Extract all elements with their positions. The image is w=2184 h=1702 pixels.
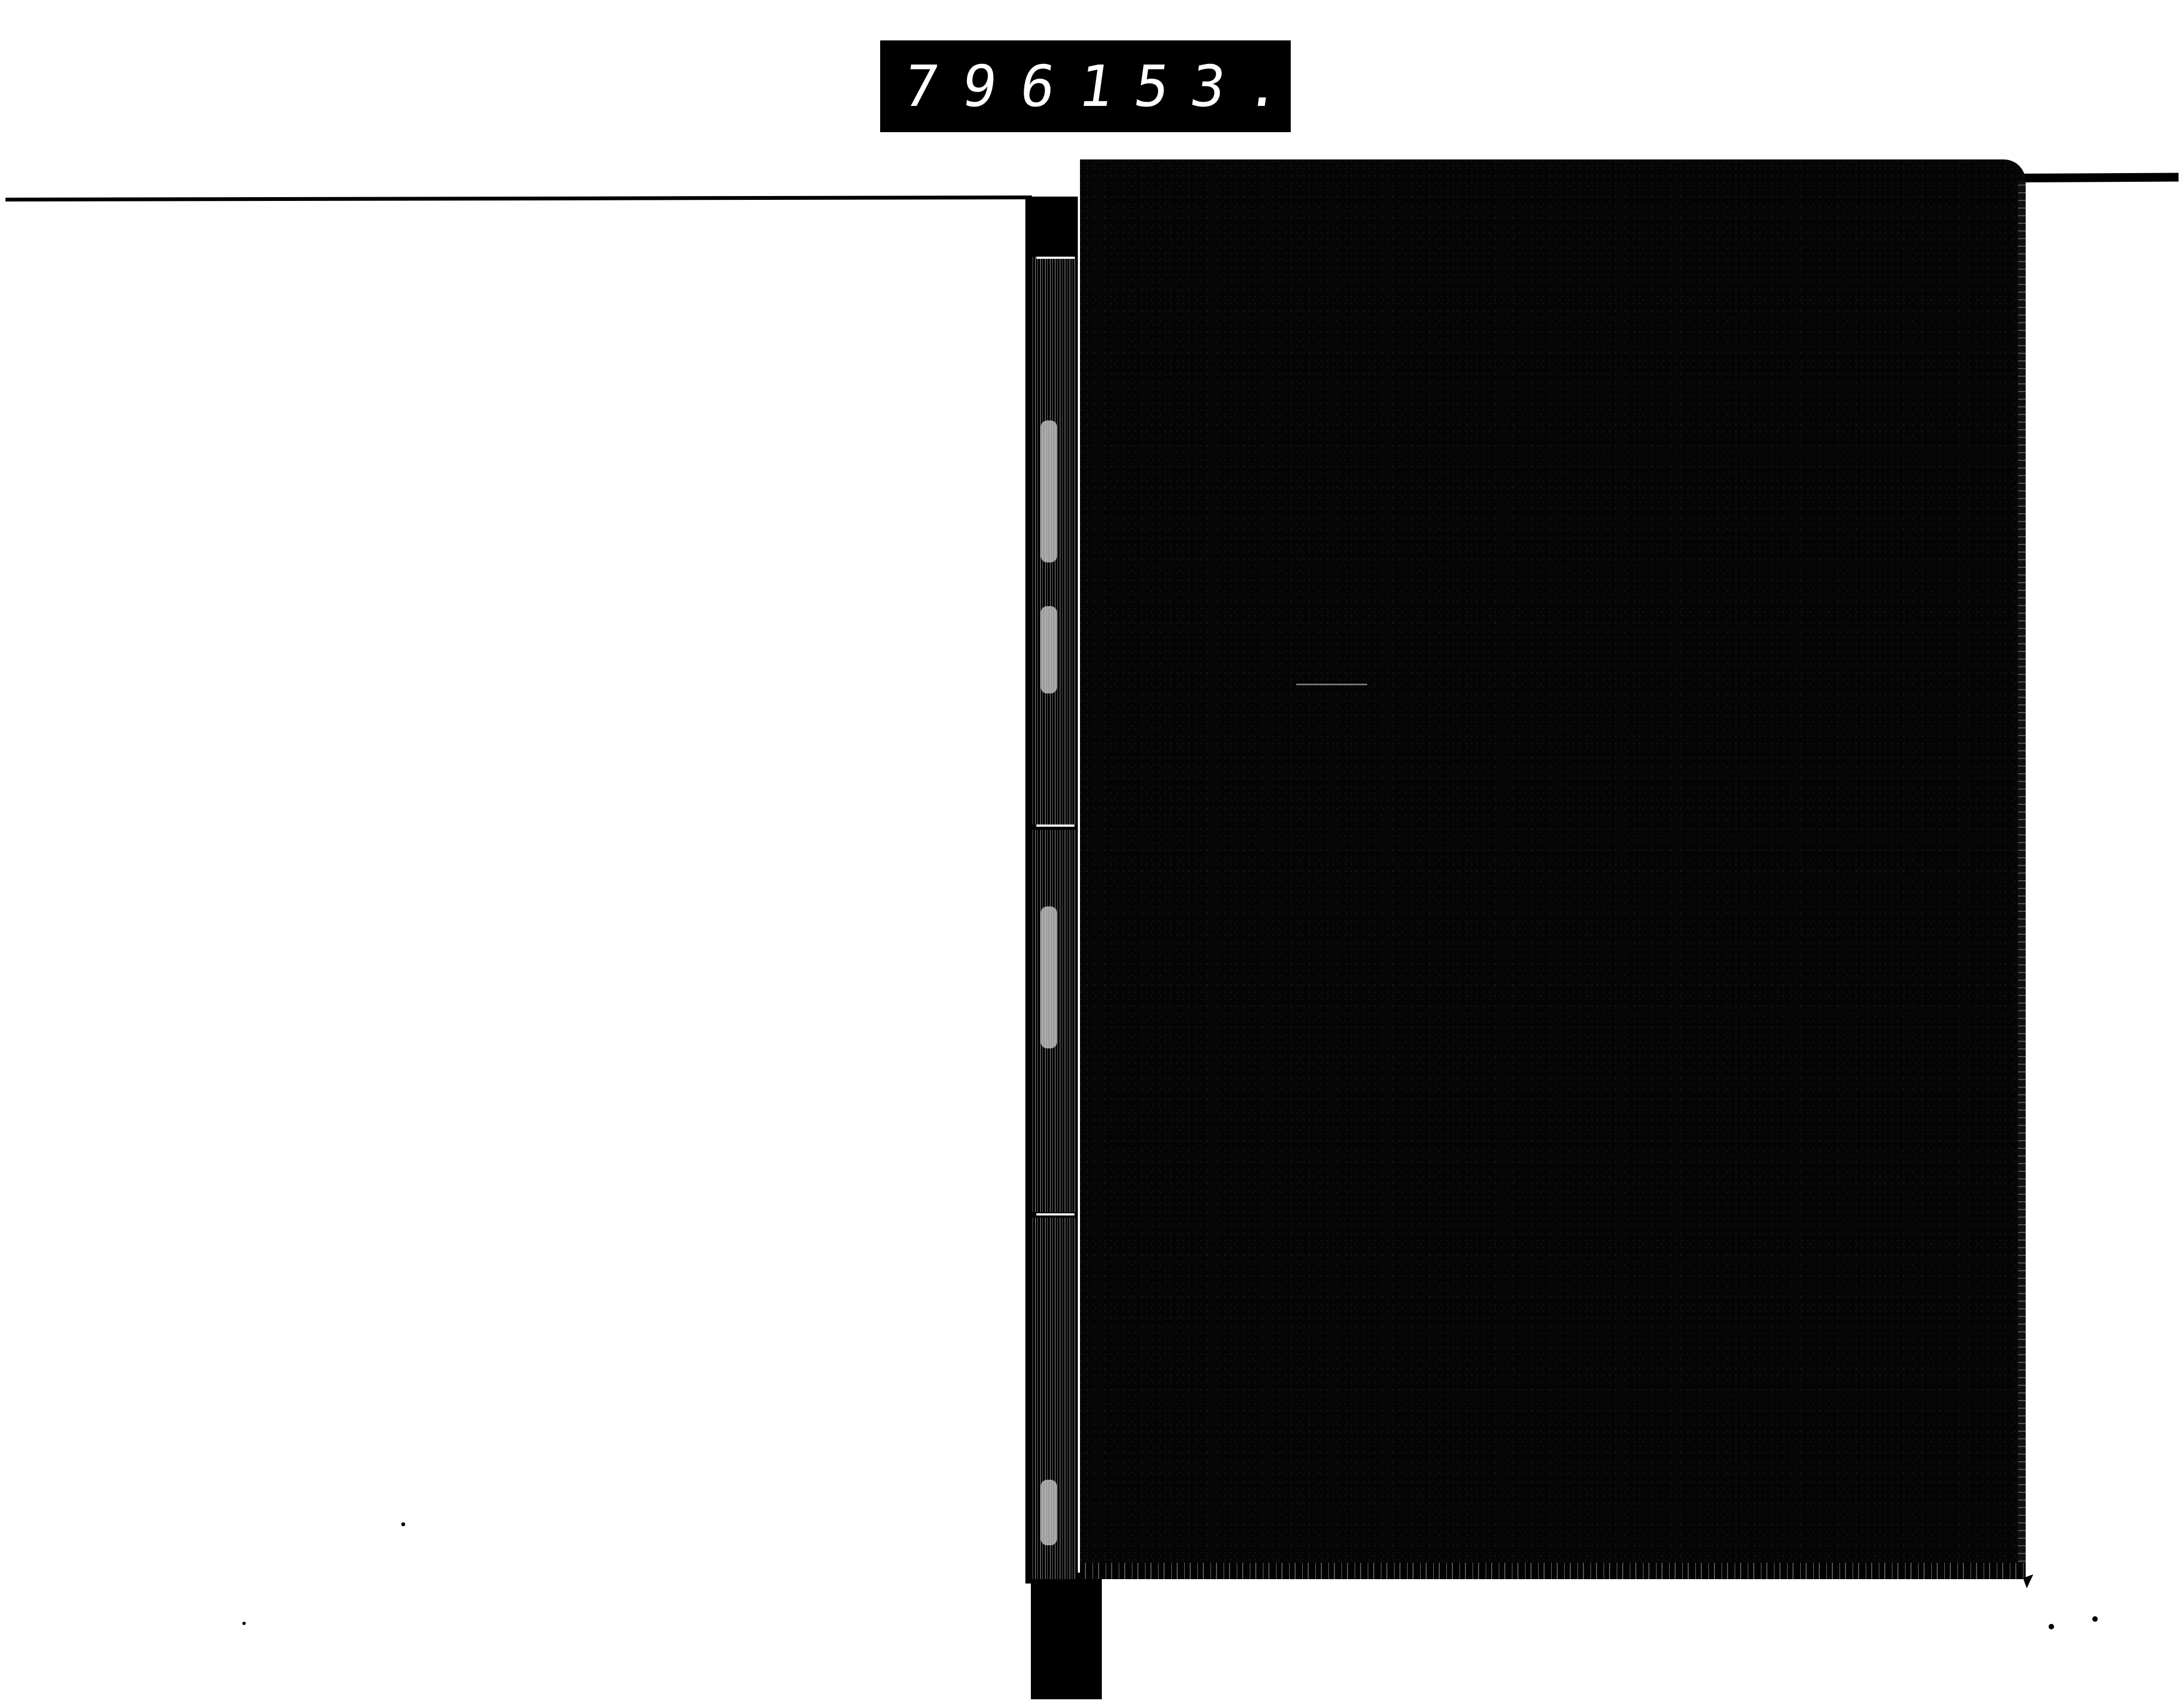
spine-band <box>1036 257 1075 259</box>
speck <box>2049 1624 2054 1629</box>
reel-number: 796 <box>900 58 1083 115</box>
cover-bottom-wear <box>1080 1563 2026 1579</box>
horizontal-rule-left <box>5 195 1032 201</box>
spine-wear <box>1041 606 1057 693</box>
speck <box>401 1522 405 1526</box>
spine-section-middle <box>1031 830 1076 1212</box>
frame-label: 796 153. <box>880 40 1291 132</box>
spine-strap <box>1031 1579 1102 1699</box>
spine-band <box>1036 1213 1075 1215</box>
spine-band <box>1036 825 1075 827</box>
frame-number: 153. <box>1075 58 1307 115</box>
speck <box>2092 1616 2098 1622</box>
book-spine <box>1025 197 1080 1584</box>
spine-wear <box>1041 906 1057 1048</box>
spine-wear <box>1041 420 1057 562</box>
horizontal-rule-right <box>2020 173 2179 182</box>
cover-edge <box>2018 181 2026 1568</box>
spine-wear <box>1041 1480 1057 1545</box>
book <box>1025 153 2026 1584</box>
book-cover <box>1080 159 2026 1579</box>
spine-section-bottom <box>1031 1218 1076 1600</box>
speck <box>242 1622 246 1625</box>
spine-section-top <box>1031 257 1076 825</box>
scratch-mark <box>1296 684 1367 685</box>
